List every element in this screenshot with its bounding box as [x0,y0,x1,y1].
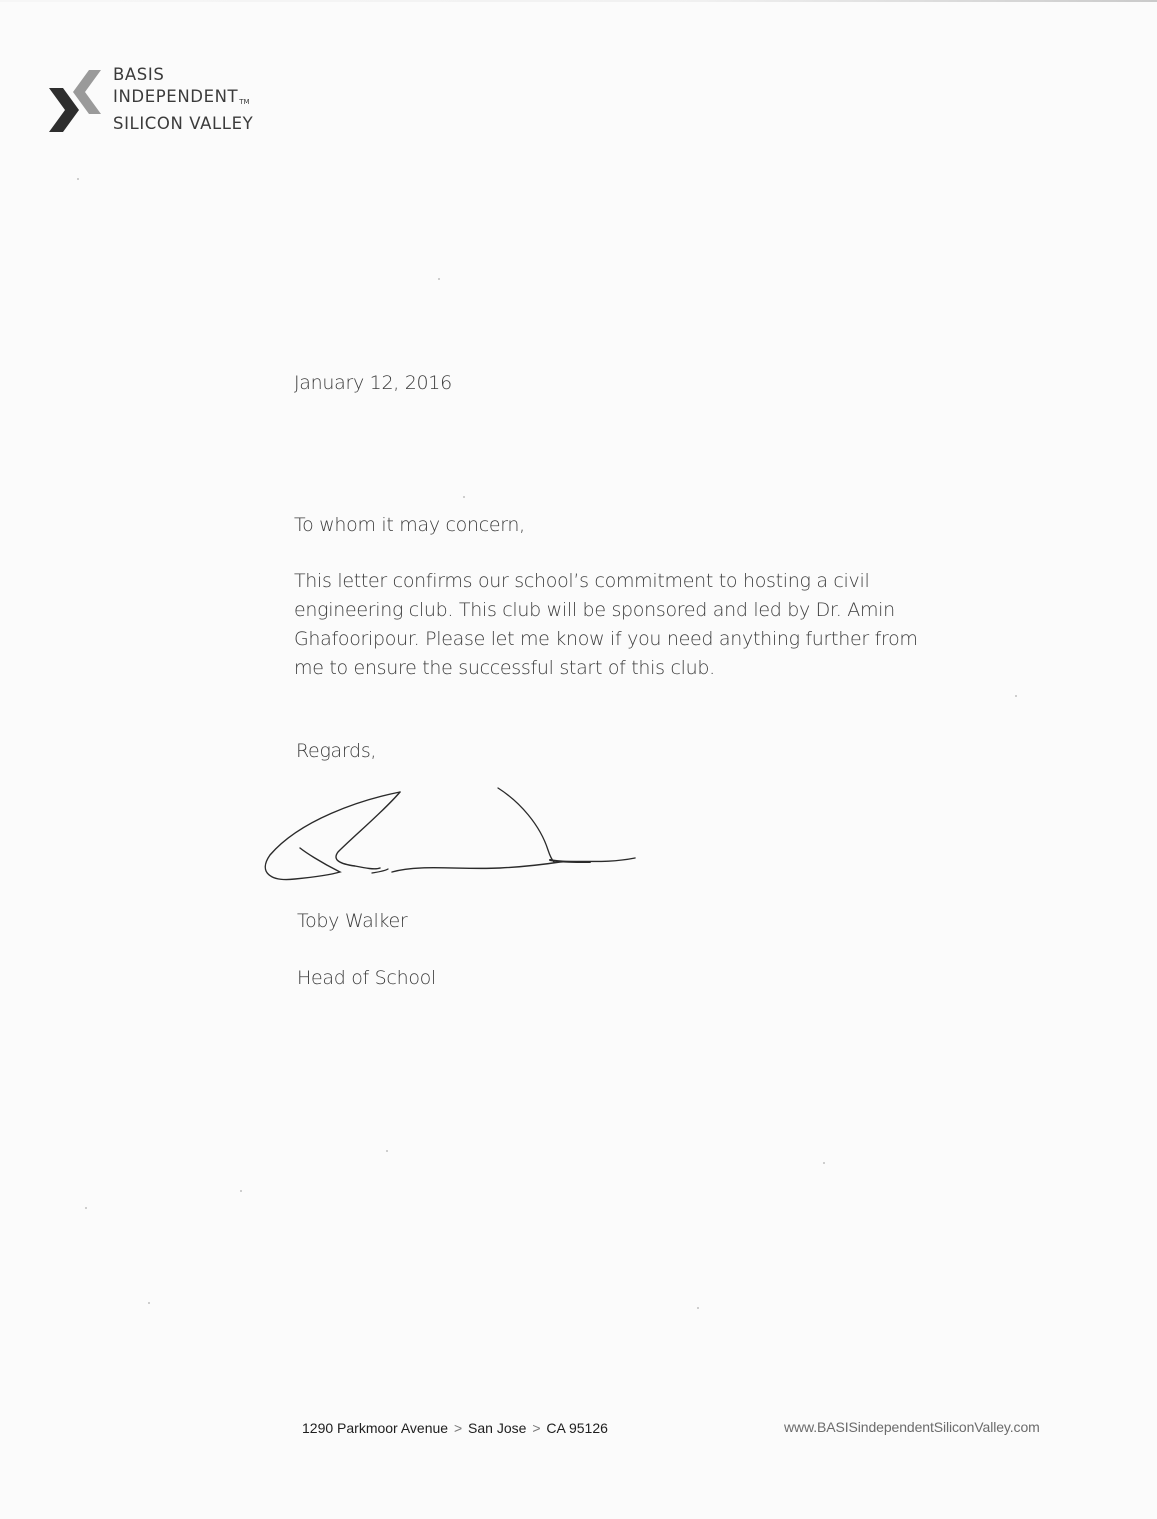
address-city: San Jose [468,1420,526,1436]
handwritten-signature [260,780,640,890]
school-name-line-2: INDEPENDENTTM [113,86,253,114]
footer-address: 1290 Parkmoor Avenue > San Jose > CA 951… [302,1420,608,1436]
school-name: BASIS INDEPENDENTTM SILICON VALLEY [113,64,253,135]
letterhead-logo: BASIS INDEPENDENTTM SILICON VALLEY [45,64,253,135]
school-name-line-3: SILICON VALLEY [113,113,253,135]
letter-date: January 12, 2016 [294,372,452,394]
address-separator: > [530,1420,542,1436]
scan-speck [1015,695,1017,697]
scan-speck [697,1307,699,1309]
scan-speck [463,496,465,498]
body-paragraph: This letter confirms our school’s commit… [294,567,1069,683]
address-street: 1290 Parkmoor Avenue [302,1420,448,1436]
double-chevron-logo-icon [45,66,103,132]
closing: Regards, [296,740,376,762]
address-separator: > [452,1420,464,1436]
footer-website[interactable]: www.BASISindependentSiliconValley.com [784,1419,1040,1435]
trademark-mark: TM [239,98,249,106]
scan-speck [386,1150,388,1152]
school-name-line-1: BASIS [113,64,253,86]
scan-speck [438,278,440,280]
body-line: Ghafooripour. Please let me know if you … [294,625,1069,654]
body-line: This letter confirms our school’s commit… [294,567,1069,596]
body-line: me to ensure the successful start of thi… [294,654,1069,683]
signer-title: Head of School [297,967,436,989]
scan-speck [823,1162,825,1164]
scan-speck [240,1190,242,1192]
address-state-zip: CA 95126 [546,1420,608,1436]
scan-speck [148,1302,150,1304]
scan-speck [85,1207,87,1209]
signer-name: Toby Walker [297,910,407,932]
scan-edge [0,0,1157,2]
salutation: To whom it may concern, [294,514,525,536]
scan-speck [77,178,79,180]
body-line: engineering club. This club will be spon… [294,596,1069,625]
